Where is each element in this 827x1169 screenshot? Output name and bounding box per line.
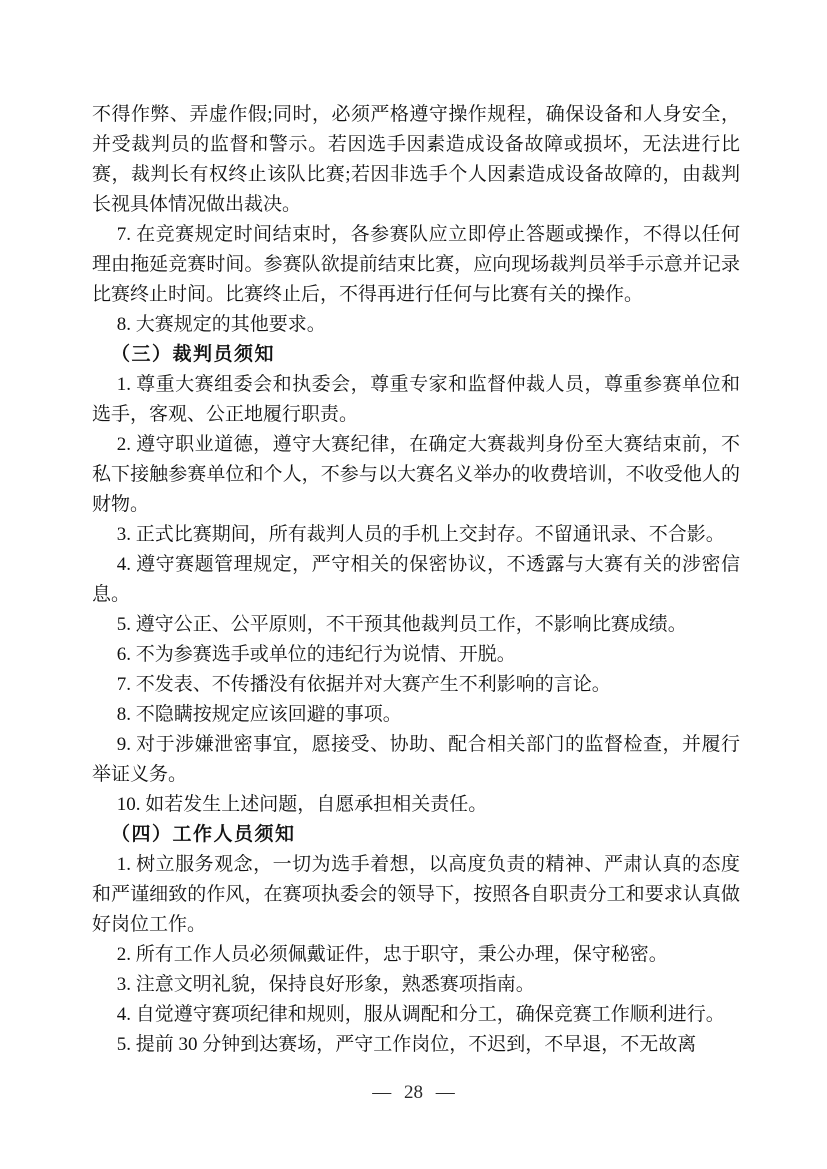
- body-paragraph: 3. 正式比赛期间，所有裁判人员的手机上交封存。不留通讯录、不合影。: [92, 520, 740, 550]
- body-paragraph: 6. 不为参赛选手或单位的违纪行为说情、开脱。: [92, 640, 740, 670]
- body-paragraph: 1. 尊重大赛组委会和执委会，尊重专家和监督仲裁人员，尊重参赛单位和选手，客观、…: [92, 370, 740, 430]
- body-paragraph: 2. 遵守职业道德，遵守大赛纪律，在确定大赛裁判身份至大赛结束前，不私下接触参赛…: [92, 430, 740, 520]
- body-paragraph: 10. 如若发生上述问题，自愿承担相关责任。: [92, 790, 740, 820]
- body-paragraph: 7. 在竞赛规定时间结束时，各参赛队应立即停止答题或操作，不得以任何理由拖延竞赛…: [92, 220, 740, 310]
- body-paragraph: 7. 不发表、不传播没有依据并对大赛产生不利影响的言论。: [92, 670, 740, 700]
- body-paragraph: 1. 树立服务观念，一切为选手着想，以高度负责的精神、严肃认真的态度和严谨细致的…: [92, 850, 740, 940]
- body-paragraph: 5. 提前 30 分钟到达赛场，严守工作岗位，不迟到，不早退，不无故离: [92, 1030, 740, 1060]
- body-paragraph: 8. 大赛规定的其他要求。: [92, 310, 740, 340]
- section-heading: （三）裁判员须知: [92, 340, 740, 370]
- document-body: 不得作弊、弄虚作假;同时，必须严格遵守操作规程，确保设备和人身安全，并受裁判员的…: [92, 100, 740, 1060]
- page-number: — 28 —: [372, 1082, 455, 1103]
- body-paragraph: 3. 注意文明礼貌，保持良好形象，熟悉赛项指南。: [92, 970, 740, 1000]
- body-paragraph: 9. 对于涉嫌泄密事宜，愿接受、协助、配合相关部门的监督检查，并履行举证义务。: [92, 730, 740, 790]
- body-paragraph: 8. 不隐瞒按规定应该回避的事项。: [92, 700, 740, 730]
- body-paragraph: 2. 所有工作人员必须佩戴证件，忠于职守，秉公办理，保守秘密。: [92, 940, 740, 970]
- section-heading: （四）工作人员须知: [92, 820, 740, 850]
- body-paragraph: 4. 自觉遵守赛项纪律和规则，服从调配和分工，确保竞赛工作顺利进行。: [92, 1000, 740, 1030]
- body-paragraph: 不得作弊、弄虚作假;同时，必须严格遵守操作规程，确保设备和人身安全，并受裁判员的…: [92, 100, 740, 220]
- document-page: 不得作弊、弄虚作假;同时，必须严格遵守操作规程，确保设备和人身安全，并受裁判员的…: [0, 0, 827, 1169]
- body-paragraph: 5. 遵守公正、公平原则，不干预其他裁判员工作，不影响比赛成绩。: [92, 610, 740, 640]
- body-paragraph: 4. 遵守赛题管理规定，严守相关的保密协议，不透露与大赛有关的涉密信息。: [92, 550, 740, 610]
- page-footer: — 28 —: [0, 1078, 827, 1108]
